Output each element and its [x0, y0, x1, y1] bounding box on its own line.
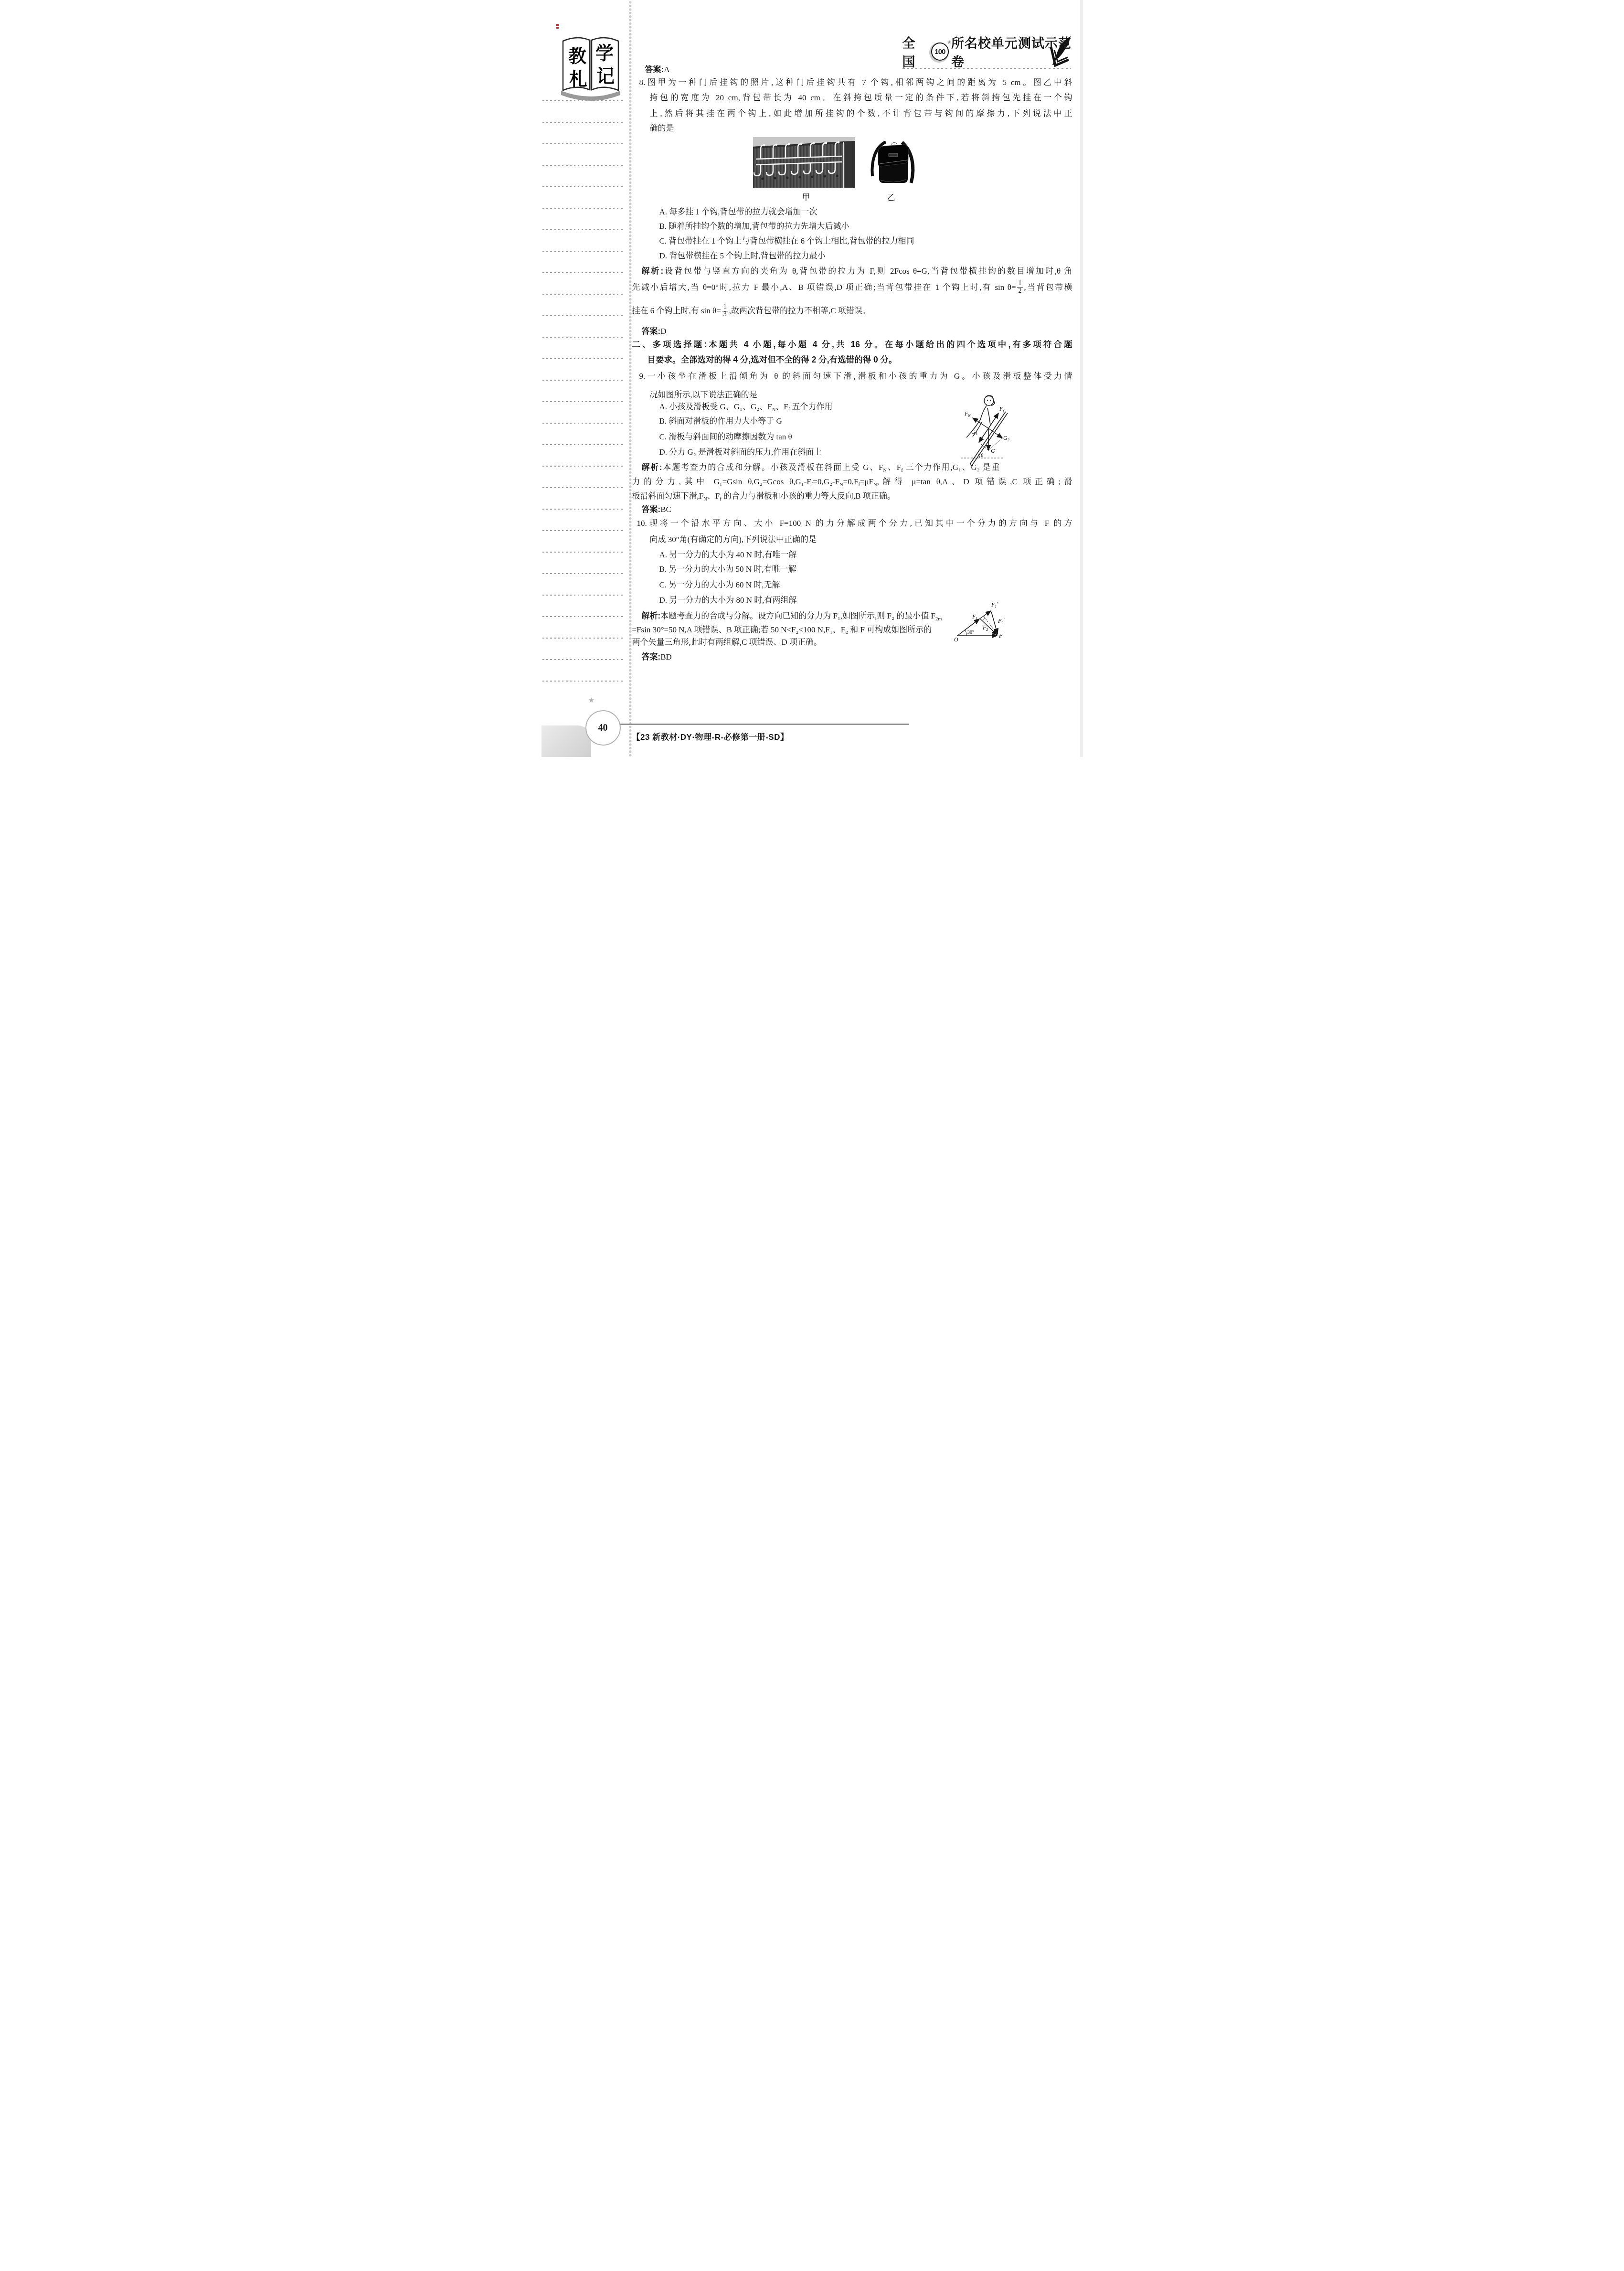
answer-label: 答案:	[642, 327, 661, 336]
svg-text:O: O	[954, 636, 958, 643]
svg-text:F1′: F1′	[991, 601, 998, 609]
svg-text:F: F	[998, 632, 1003, 639]
q9-option-c: C. 滑板与斜面间的动摩擦因数为 tan θ	[659, 431, 792, 443]
answer-label: 答案:	[645, 65, 664, 74]
page-number-badge: 40	[585, 710, 621, 746]
q8-stem-line-2: 挎包的宽度为 20 cm,背包带长为 40 cm。在斜挎包质量一定的条件下,若将…	[650, 92, 1072, 104]
q9-force-diagram: FN Ff G1 G2 G θ	[959, 393, 1011, 471]
q9-analysis-line-1: 解析:本题考查力的合成和分解。小孩及滑板在斜面上受 G、FN、Ff 三个力作用,…	[642, 461, 1000, 477]
logo-char-jiao: 教	[568, 46, 587, 66]
header-dashed-rule	[902, 68, 1071, 69]
svg-text:Ff: Ff	[999, 405, 1005, 413]
q10-analysis-line-3: 两个矢量三角形,此时有两组解,C 项错误、D 项正确。	[632, 636, 822, 648]
footer-imprint: 【23 新教材·DY·物理-R-必修第一册-SD】	[632, 730, 789, 742]
margin-dashed-line	[542, 552, 623, 553]
teaching-notes-logo: 教 学 札 记	[559, 32, 622, 104]
q9-analysis-line-2: 力的分力,其中 G₁=Gsin θ,G₂=Gcos θ,G₁-Ff=0,G₂-F…	[632, 476, 1072, 491]
svg-text:G1: G1	[971, 428, 977, 436]
q8-analysis-line-1: 解析:设背包带与竖直方向的夹角为 θ,背包带的拉力为 F,则 2Fcos θ=G…	[642, 265, 1072, 277]
svg-text:θ: θ	[981, 452, 984, 458]
header-100-number: 100	[934, 48, 945, 56]
margin-dashed-line	[542, 616, 623, 617]
margin-dashed-line	[542, 423, 623, 424]
logo-char-ji: 记	[596, 66, 615, 86]
header-title-pre: 全国	[902, 33, 929, 70]
svg-text:F2′: F2′	[998, 618, 1005, 625]
q10-option-c: C. 另一分力的大小为 60 N 时,无解	[659, 579, 780, 591]
q8-analysis-line-2: 先减小后增大,当 θ=0°时,拉力 F 最小,A、B 项错误,D 项正确;当背包…	[632, 281, 1072, 295]
svg-text:G2: G2	[1003, 435, 1009, 442]
q9-stem-line-1: 9.一小孩坐在滑板上沿倾角为 θ 的斜面匀速下滑,滑板和小孩的重力为 G。小孩及…	[639, 370, 1072, 382]
margin-dashed-line	[542, 294, 623, 295]
q8-stem-line-3: 上,然后将其挂在两个钩上,如此增加所挂钩的个数,不计背包带与钩间的摩擦力,下列说…	[650, 107, 1072, 119]
margin-note-lines	[542, 0, 623, 757]
q8-option-c: C. 背包带挂在 1 个钩上与背包带横挂在 6 个钩上相比,背包带的拉力相同	[659, 235, 914, 247]
q10-vector-diagram: 30° O F F1 F1′ F2 F2′	[952, 600, 1009, 646]
margin-dashed-line	[542, 638, 623, 639]
section-2-header-line-1: 二、多项选择题:本题共 4 小题,每小题 4 分,共 16 分。在每小题给出的四…	[632, 339, 1072, 351]
margin-dashed-line	[542, 186, 623, 187]
section-2-header-line-2: 目要求。全部选对的得 4 分,选对但不全的得 2 分,有选错的得 0 分。	[647, 354, 897, 366]
margin-dashed-line	[542, 573, 623, 574]
q10-stem-line-2: 向成 30°角(有确定的方向),下列说法中正确的是	[650, 533, 817, 545]
margin-dashed-line	[542, 165, 623, 166]
q10-stem-line-1: 10.现将一个沿水平方向、大小 F=100 N 的力分解成两个分力,已知其中一个…	[637, 517, 1072, 529]
q10-option-b: B. 另一分力的大小为 50 N 时,有唯一解	[659, 563, 796, 575]
margin-dashed-line	[542, 509, 623, 510]
q8-stem-line-1: 8.图甲为一种门后挂钩的照片,这种门后挂钩共有 7 个钩,相邻两钩之间的距离为 …	[639, 76, 1072, 88]
q9-analysis-line-3: 板沿斜面匀速下滑,FN、Ff 的合力与滑板和小孩的重力等大反向,B 项正确。	[632, 490, 895, 505]
q10-option-a: A. 另一分力的大小为 40 N 时,有唯一解	[659, 549, 797, 561]
q8-photo-satchel	[868, 138, 918, 187]
margin-dashed-line	[542, 466, 623, 467]
scan-red-mark	[556, 27, 559, 29]
margin-dashed-line	[542, 487, 623, 488]
q8-option-b: B. 随着所挂钩个数的增加,背包带的拉力先增大后减小	[659, 220, 849, 232]
margin-dashed-line	[542, 530, 623, 531]
footer-rule	[617, 724, 909, 725]
header-100-badge: 100 ★	[931, 43, 949, 61]
svg-text:G: G	[991, 448, 995, 454]
margin-dashed-line	[542, 122, 623, 123]
margin-dashed-line	[542, 208, 623, 209]
q8-photo-jia-label: 甲	[802, 191, 810, 203]
page-edge-shadow	[1080, 0, 1083, 757]
margin-dashed-line	[542, 337, 623, 338]
page-corner-shadow	[541, 725, 591, 757]
margin-dashed-line	[542, 272, 623, 273]
q10-analysis-line-1: 解析:本题考查力的合成与分解。设方向已知的分力为 F₁,如图所示,则 F₂ 的最…	[642, 610, 942, 625]
star-icon: ★	[947, 39, 951, 45]
margin-dashed-line	[542, 659, 623, 660]
margin-dashed-line	[542, 358, 623, 359]
answer-value: A	[664, 65, 669, 74]
q7-answer-line: 答案:A	[645, 64, 670, 75]
answer-label: 答案:	[642, 652, 661, 661]
svg-text:30°: 30°	[967, 630, 974, 635]
q9-answer-line: 答案:BC	[642, 503, 671, 515]
logo-char-xue: 学	[595, 43, 614, 64]
answer-label: 答案:	[642, 505, 661, 514]
answer-value: BD	[660, 652, 672, 661]
q8-photo-yi-label: 乙	[887, 191, 895, 203]
star-icon: ★	[588, 696, 594, 705]
answer-value: D	[660, 327, 666, 336]
margin-dashed-line	[542, 229, 623, 230]
svg-text:F1: F1	[972, 613, 977, 621]
q10-analysis-line-2: =Fsin 30°=50 N,A 项错误、B 项正确;若 50 N<F₂<100…	[632, 624, 932, 636]
q8-stem-line-4: 确的是	[650, 122, 674, 134]
scan-red-mark	[556, 24, 559, 26]
svg-text:FN: FN	[964, 410, 971, 418]
margin-dashed-line	[542, 595, 623, 596]
margin-dashed-line	[542, 251, 623, 252]
margin-dashed-line	[542, 380, 623, 381]
logo-char-zha: 札	[569, 69, 587, 89]
answer-value: BC	[660, 505, 671, 514]
workbook-page: 教 学 札 记 全国 100 ★ 所名校单元测试示范卷 答案:A 8.图甲为一种…	[541, 0, 1083, 757]
q9-stem-line-2: 况如图所示,以下说法正确的是	[650, 389, 757, 401]
q8-option-a: A. 每多挂 1 个钩,背包带的拉力就会增加一次	[659, 206, 817, 218]
margin-dashed-line	[542, 315, 623, 316]
q9-option-b: B. 斜面对滑板的作用力大小等于 G	[659, 415, 782, 427]
page-number: 40	[598, 723, 608, 734]
q8-answer-line: 答案:D	[642, 325, 667, 337]
q8-analysis-line-3: 挂在 6 个钩上时,有 sin θ=13,故两次背包带的拉力不相等,C 项错误。	[632, 304, 870, 319]
q10-answer-line: 答案:BD	[642, 651, 672, 663]
q8-photo-door-hooks	[753, 137, 855, 188]
q10-option-d: D. 另一分力的大小为 80 N 时,有两组解	[659, 594, 797, 606]
margin-dashed-line	[542, 681, 623, 682]
q8-option-d: D. 背包带横挂在 5 个钩上时,背包带的拉力最小	[659, 250, 826, 262]
q9-option-d: D. 分力 G₂ 是滑板对斜面的压力,作用在斜面上	[659, 446, 822, 458]
margin-dashed-line	[542, 143, 623, 144]
q9-option-a: A. 小孩及滑板受 G、G₁、G₂、FN、Ff 五个力作用	[659, 401, 833, 416]
margin-dashed-line	[542, 401, 623, 402]
margin-dashed-line	[542, 444, 623, 445]
quill-icon	[1049, 35, 1072, 69]
